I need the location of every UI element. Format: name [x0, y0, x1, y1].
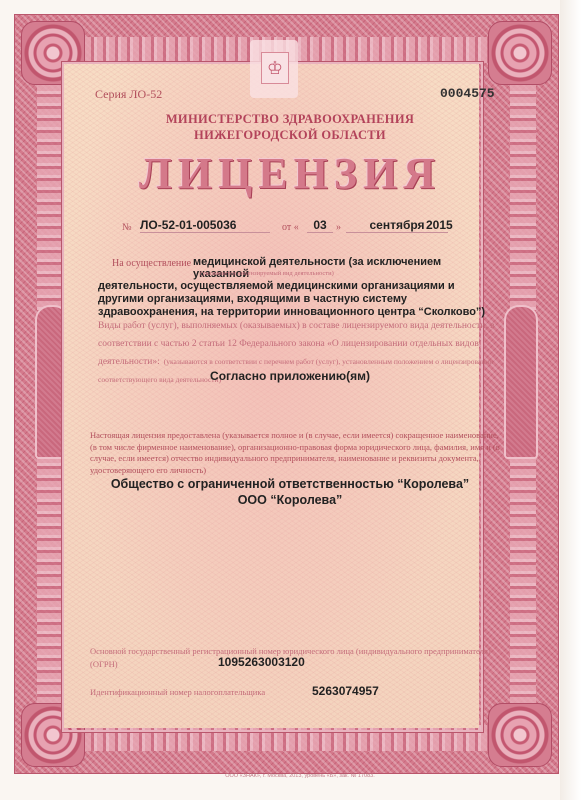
document-title: ЛИЦЕНЗИЯ — [80, 148, 500, 199]
inn-value: 5263074957 — [312, 684, 379, 698]
activity-value-continued: деятельности, осуществляемой медицинским… — [98, 280, 502, 319]
ministry-name-line1: МИНИСТЕРСТВО ЗДРАВООХРАНЕНИЯ — [80, 112, 500, 127]
series-label: Серия ЛО-52 — [95, 87, 162, 102]
corner-rosette-icon — [488, 21, 552, 85]
corner-rosette-icon — [488, 703, 552, 767]
licensee-full-name: Общество с ограниченной ответственностью… — [80, 477, 500, 491]
scan-margin — [560, 0, 581, 800]
printer-imprint: ООО «ЗНАК», г. Москва, 2013, уровень «Б»… — [200, 773, 400, 779]
date-year: 2015 — [426, 218, 453, 232]
license-number: ЛО-52-01-005036 — [140, 218, 270, 233]
ministry-name-line2: НИЖЕГОРОДСКОЙ ОБЛАСТИ — [80, 128, 500, 143]
ogrn-value: 1095263003120 — [218, 655, 305, 669]
license-sheet: ♔ Серия ЛО-52 0004575 МИНИСТЕРСТВО ЗДРАВ… — [0, 0, 560, 800]
activity-hint: (указывается лицензируемый вид деятельно… — [200, 270, 334, 277]
blank-serial-number: 0004575 — [440, 86, 495, 101]
licensee-short-name: ООО “Королева” — [80, 493, 500, 507]
activity-label: На осуществление — [112, 258, 191, 269]
date-label: от « — [282, 222, 299, 233]
date-day: 03 — [307, 218, 333, 233]
number-label: № — [122, 222, 132, 233]
inn-label: Идентификационный номер налогоплательщик… — [90, 687, 265, 697]
coat-of-arms-icon: ♔ — [261, 52, 289, 84]
date-close-quote: » — [336, 222, 341, 233]
works-value: Согласно приложению(ям) — [80, 369, 500, 383]
licensee-label: Настоящая лицензия предоставлена (указыв… — [90, 430, 500, 476]
side-panel-right — [504, 305, 538, 459]
